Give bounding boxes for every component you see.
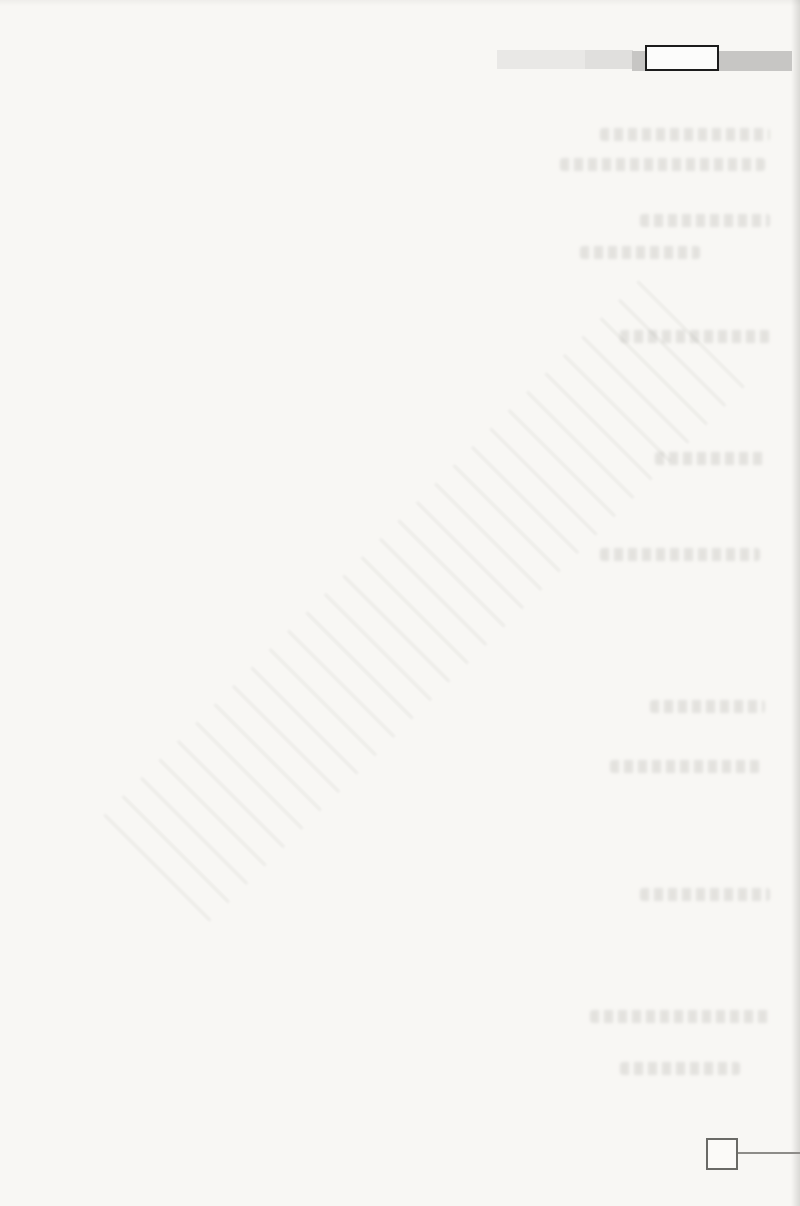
scanned-textbook-page (0, 0, 800, 1206)
bleed-through-smudge (600, 548, 760, 561)
scan-shading (0, 0, 800, 6)
bleed-through-smudge (610, 760, 760, 773)
bleed-through-smudge (560, 158, 765, 171)
page-number (706, 1138, 738, 1170)
bleed-through-smudge (650, 700, 765, 713)
header-ghost-box (497, 50, 585, 69)
page-edge-shading (791, 0, 800, 1206)
page-body (36, 94, 769, 136)
part-label-box (645, 45, 719, 71)
bleed-through-smudge (580, 246, 700, 259)
bleed-through-smudge (590, 1010, 770, 1023)
bleed-through-smudge (620, 1062, 740, 1075)
bleed-through-smudge (655, 452, 765, 465)
bleed-through-smudge (640, 214, 770, 227)
watermark-streaks (103, 278, 746, 921)
bleed-through-smudge (640, 888, 770, 901)
bleed-through-smudge (620, 330, 770, 343)
page-number-rule (738, 1152, 800, 1154)
answer-line (36, 108, 769, 136)
